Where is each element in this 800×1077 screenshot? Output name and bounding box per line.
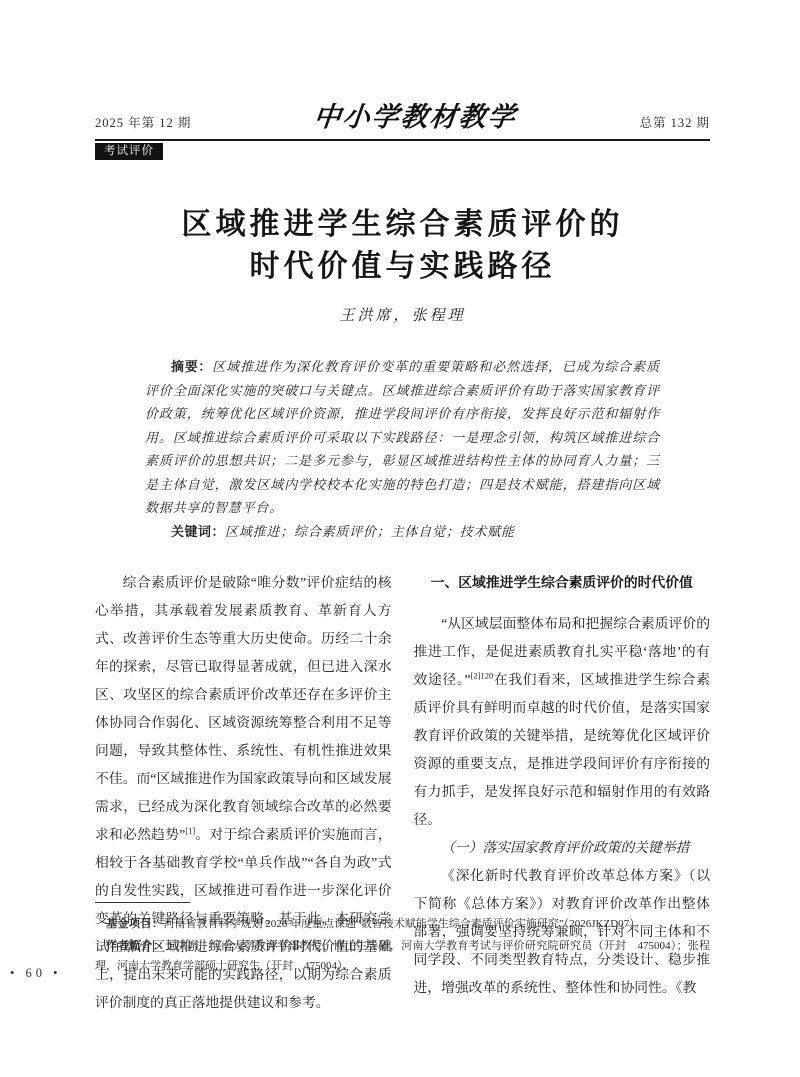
abstract-paragraph: 摘要：区域推进作为深化教育评价变革的重要策略和必然选择，已成为综合素质评价全面深… bbox=[145, 355, 660, 520]
author-bio-label: 作者简介： bbox=[106, 940, 165, 952]
authors: 王洪席，张程理 bbox=[95, 304, 710, 325]
keywords-text: 区域推进；综合素质评价；主体自觉；技术赋能 bbox=[225, 524, 515, 539]
page-content: 2025 年第 12 期 中小学教材教学 总第 132 期 考试评价 区域推进学… bbox=[0, 104, 800, 1017]
keywords-label: 关键词： bbox=[171, 524, 225, 539]
author-bio-note: 作者简介：王洪席，河南大学教育学部教授、博士生导师，河南大学教育考试与评价研究院… bbox=[95, 936, 710, 976]
right-paragraph-1-text-cont: 在我们看来，区域推进学生综合素质评价具有鲜明而卓越的时代价值，是落实国家教育评价… bbox=[414, 672, 711, 827]
issue-number-left: 2025 年第 12 期 bbox=[95, 113, 191, 134]
footnote-area: 基金项目：河南省教育科学规划 2026 年度重点课题“数智技术赋能学生综合素质评… bbox=[95, 902, 710, 976]
issue-number-right: 总第 132 期 bbox=[639, 113, 710, 134]
abstract-text: 区域推进作为深化教育评价变革的重要策略和必然选择，已成为综合素质评价全面深化实施… bbox=[145, 359, 660, 515]
citation-ref-2: [2]120 bbox=[471, 670, 494, 680]
left-paragraph-1-text: 综合素质评价是破除“唯分数”评价症结的核心举措，其承载着发展素质教育、革新育人方… bbox=[95, 575, 392, 842]
author-bio-text: 王洪席，河南大学教育学部教授、博士生导师，河南大学教育考试与评价研究院研究员（开… bbox=[95, 940, 710, 972]
fund-text: 河南省教育科学规划 2026 年度重点课题“数智技术赋能学生综合素质评价实施研究… bbox=[164, 918, 646, 930]
journal-header: 2025 年第 12 期 中小学教材教学 总第 132 期 bbox=[95, 104, 710, 134]
journal-title: 中小学教材教学 bbox=[312, 95, 519, 134]
citation-ref-1: [1] bbox=[185, 825, 195, 835]
section-heading-1: 一、区域推进学生综合素质评价的时代价值 bbox=[414, 569, 711, 597]
footnote-divider bbox=[95, 902, 190, 903]
keywords-paragraph: 关键词：区域推进；综合素质评价；主体自觉；技术赋能 bbox=[145, 520, 660, 544]
right-paragraph-1: “从区域层面整体布局和把握综合素质评价的推进工作，是促进素质教育扎实平稳‘落地’… bbox=[414, 610, 711, 834]
fund-note: 基金项目：河南省教育科学规划 2026 年度重点课题“数智技术赋能学生综合素质评… bbox=[95, 914, 710, 934]
sub-heading-1: （一）落实国家教育评价政策的关键举措 bbox=[414, 834, 711, 862]
abstract-block: 摘要：区域推进作为深化教育评价变革的重要策略和必然选择，已成为综合素质评价全面深… bbox=[145, 355, 660, 543]
header-divider bbox=[95, 139, 710, 141]
page-number: • 60 • bbox=[10, 966, 62, 981]
journal-page: 2025 年第 12 期 中小学教材教学 总第 132 期 考试评价 区域推进学… bbox=[0, 0, 800, 1077]
fund-label: 基金项目： bbox=[106, 918, 164, 930]
section-badge: 考试评价 bbox=[95, 143, 163, 160]
abstract-label: 摘要： bbox=[171, 359, 212, 374]
article-title-line1: 区域推进学生综合素质评价的 bbox=[182, 208, 624, 241]
article-title: 区域推进学生综合素质评价的 时代价值与实践路径 bbox=[95, 204, 710, 288]
article-title-line2: 时代价值与实践路径 bbox=[250, 250, 556, 283]
